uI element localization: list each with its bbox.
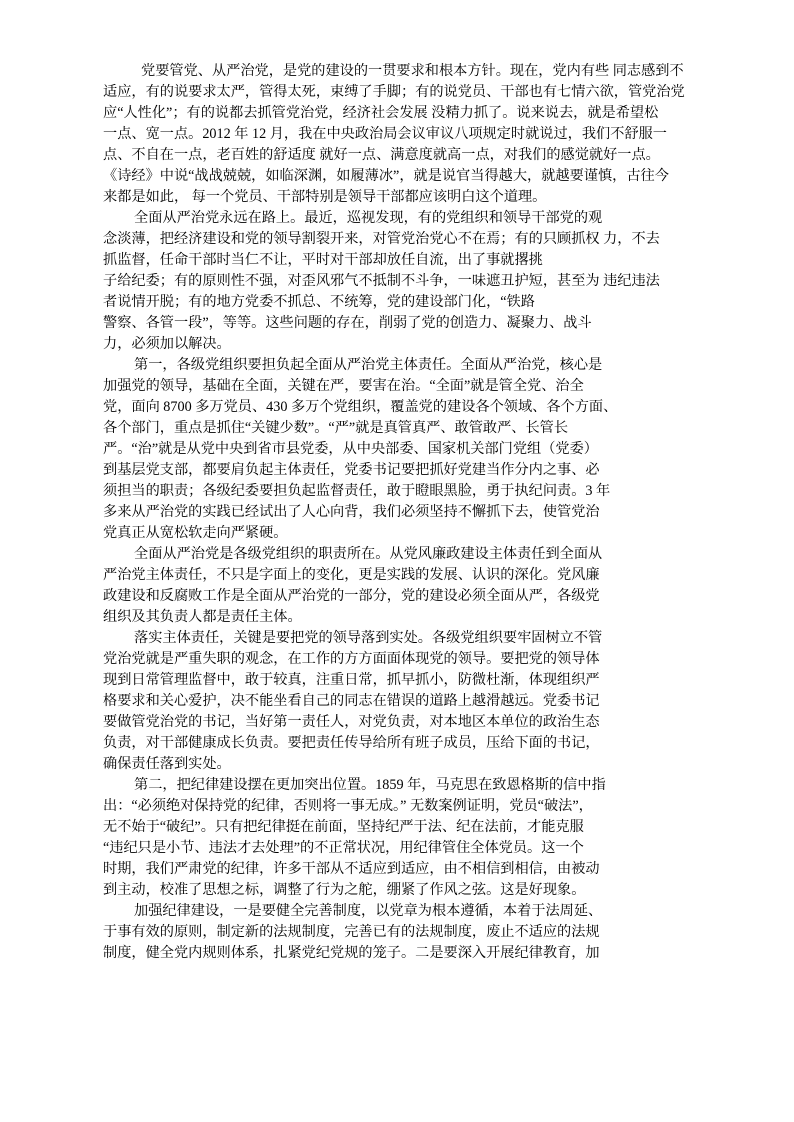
paragraph-6: 第二，把纪律建设摆在更加突出位置。1859 年，马克思在致恩格斯的信中指 出：“… — [103, 775, 743, 901]
paragraph-2: 全面从严治党永远在路上。最近，巡视发现，有的党组织和领导干部党的观 念淡薄，把经… — [103, 208, 743, 355]
paragraph-4: 全面从严治党是各级党组织的职责所在。从党风廉政建设主体责任到全面从 严治党主体责… — [103, 544, 743, 628]
document-body: 党要管党、从严治党，是党的建设的一贯要求和根本方针。现在，党内有些 同志感到不 … — [103, 61, 743, 964]
paragraph-7: 加强纪律建设，一是要健全完善制度，以党章为根本遵循，本着于法周延、 于事有效的原… — [103, 901, 743, 964]
paragraph-5: 落实主体责任，关键是要把党的领导落到实处。各级党组织要牢固树立不管 党治党就是严… — [103, 628, 743, 775]
paragraph-3: 第一，各级党组织要担负起全面从严治党主体责任。全面从严治党，核心是 加强党的领导… — [103, 355, 743, 544]
document-page: 党要管党、从严治党，是党的建设的一贯要求和根本方针。现在，党内有些 同志感到不 … — [0, 0, 794, 1122]
paragraph-1: 党要管党、从严治党，是党的建设的一贯要求和根本方针。现在，党内有些 同志感到不 … — [103, 61, 743, 208]
